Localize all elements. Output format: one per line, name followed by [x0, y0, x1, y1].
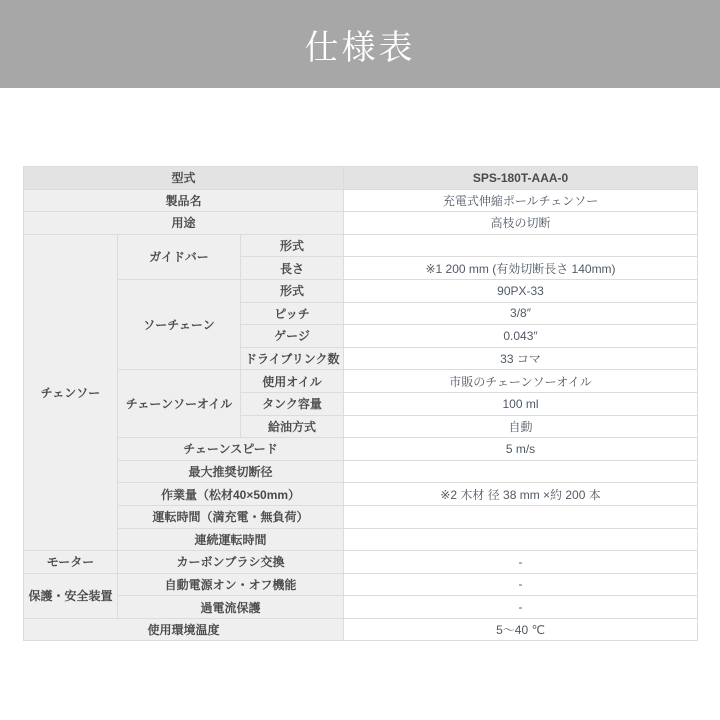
work-amount-label: 作業量（松材40×50mm） [118, 483, 344, 506]
guide-bar-type-label: 形式 [241, 234, 344, 257]
row-auto-power: 保護・安全装置 自動電源オン・オフ機能 - [24, 573, 698, 596]
saw-chain-gauge-value: 0.043″ [344, 325, 698, 348]
saw-chain-pitch-value: 3/8″ [344, 302, 698, 325]
model-label: 型式 [24, 167, 344, 190]
continuous-run-time-value [344, 528, 698, 551]
oil-type-label: 使用オイル [241, 370, 344, 393]
saw-chain-gauge-label: ゲージ [241, 325, 344, 348]
saw-chain-type-label: 形式 [241, 279, 344, 302]
saw-chain-group-label: ソーチェーン [118, 279, 241, 369]
product-name-label: 製品名 [24, 189, 344, 212]
guide-bar-length-label: 長さ [241, 257, 344, 280]
spec-sheet-page: 仕様表 型式 SPS-180T-AAA-0 製品名 充電式伸縮ポールチェンソー … [0, 0, 720, 720]
page-title: 仕様表 [305, 20, 416, 69]
row-overcurrent: 過電流保護 - [24, 596, 698, 619]
row-saw-chain-type: ソーチェーン 形式 90PX-33 [24, 279, 698, 302]
spec-table: 型式 SPS-180T-AAA-0 製品名 充電式伸縮ポールチェンソー 用途 高… [23, 166, 698, 641]
row-guide-bar-type: チェンソー ガイドバー 形式 [24, 234, 698, 257]
max-cut-diameter-label: 最大推奨切断径 [118, 460, 344, 483]
row-operating-temp: 使用環境温度 5～40 ℃ [24, 618, 698, 641]
saw-chain-drive-links-label: ドライブリンク数 [241, 347, 344, 370]
max-cut-diameter-value [344, 460, 698, 483]
run-time-value [344, 505, 698, 528]
row-oil-type: チェーンソーオイル 使用オイル 市販のチェーンソーオイル [24, 370, 698, 393]
work-amount-value: ※2 木材 径 38 mm ×約 200 本 [344, 483, 698, 506]
chain-speed-value: 5 m/s [344, 438, 698, 461]
saw-chain-pitch-label: ピッチ [241, 302, 344, 325]
header-bar: 仕様表 [0, 0, 720, 88]
saw-chain-drive-links-value: 33 コマ [344, 347, 698, 370]
guide-bar-type-value [344, 234, 698, 257]
row-work-amount: 作業量（松材40×50mm） ※2 木材 径 38 mm ×約 200 本 [24, 483, 698, 506]
overcurrent-value: - [344, 596, 698, 619]
tank-capacity-value: 100 ml [344, 392, 698, 415]
row-continuous-run-time: 連続運転時間 [24, 528, 698, 551]
auto-power-label: 自動電源オン・オフ機能 [118, 573, 344, 596]
oiling-method-value: 自動 [344, 415, 698, 438]
operating-temp-value: 5～40 ℃ [344, 618, 698, 641]
row-max-cut-diameter: 最大推奨切断径 [24, 460, 698, 483]
carbon-brush-label: カーボンブラシ交換 [118, 551, 344, 574]
saw-chain-type-value: 90PX-33 [344, 279, 698, 302]
chain-oil-group-label: チェーンソーオイル [118, 370, 241, 438]
row-carbon-brush: モーター カーボンブラシ交換 - [24, 551, 698, 574]
model-value: SPS-180T-AAA-0 [344, 167, 698, 190]
continuous-run-time-label: 連続運転時間 [118, 528, 344, 551]
tank-capacity-label: タンク容量 [241, 392, 344, 415]
carbon-brush-value: - [344, 551, 698, 574]
chain-speed-label: チェーンスピード [118, 438, 344, 461]
overcurrent-label: 過電流保護 [118, 596, 344, 619]
motor-group-label: モーター [24, 551, 118, 574]
row-usage: 用途 高枝の切断 [24, 212, 698, 235]
usage-label: 用途 [24, 212, 344, 235]
operating-temp-label: 使用環境温度 [24, 618, 344, 641]
guide-bar-group-label: ガイドバー [118, 234, 241, 279]
guide-bar-length-value: ※1 200 mm (有効切断長さ 140mm) [344, 257, 698, 280]
row-model: 型式 SPS-180T-AAA-0 [24, 167, 698, 190]
run-time-label: 運転時間（満充電・無負荷） [118, 505, 344, 528]
row-chain-speed: チェーンスピード 5 m/s [24, 438, 698, 461]
row-product-name: 製品名 充電式伸縮ポールチェンソー [24, 189, 698, 212]
row-run-time: 運転時間（満充電・無負荷） [24, 505, 698, 528]
auto-power-value: - [344, 573, 698, 596]
protection-group-label: 保護・安全装置 [24, 573, 118, 618]
chainsaw-group-label: チェンソー [24, 234, 118, 550]
product-name-value: 充電式伸縮ポールチェンソー [344, 189, 698, 212]
oiling-method-label: 給油方式 [241, 415, 344, 438]
usage-value: 高枝の切断 [344, 212, 698, 235]
oil-type-value: 市販のチェーンソーオイル [344, 370, 698, 393]
